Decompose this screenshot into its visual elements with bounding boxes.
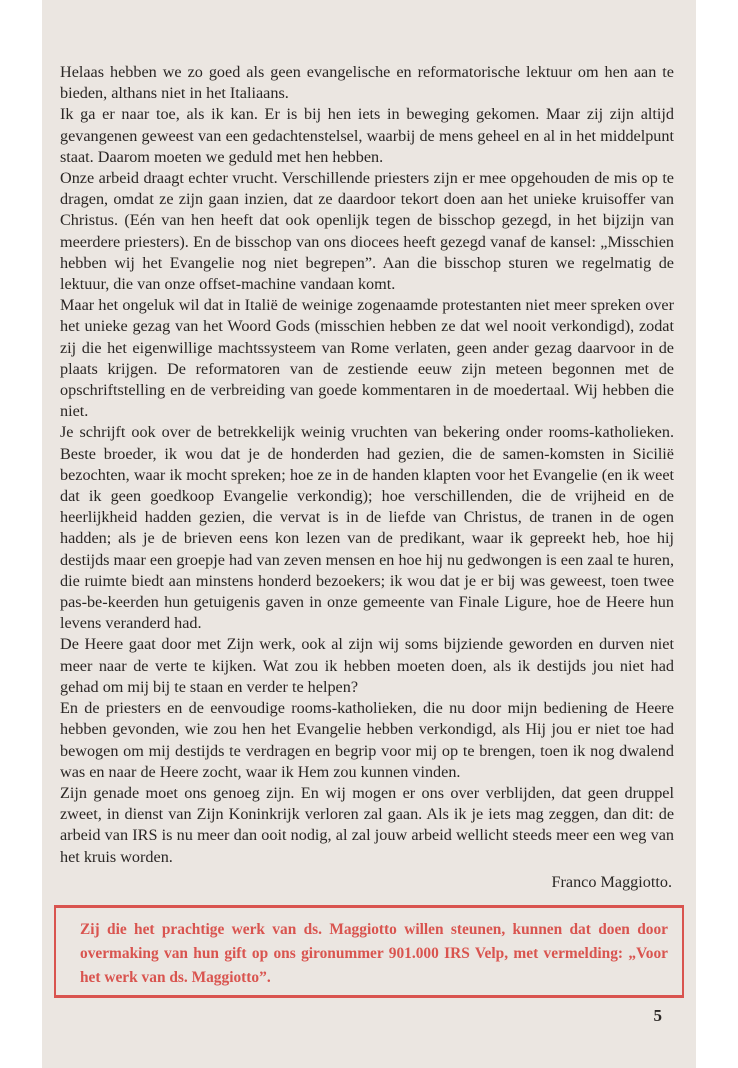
letter-body: Helaas hebben we zo goed als geen evange… [60, 62, 674, 893]
paragraph: Helaas hebben we zo goed als geen evange… [60, 62, 674, 104]
paragraph: Onze arbeid draagt echter vrucht. Versch… [60, 168, 674, 295]
paragraph: Maar het ongeluk wil dat in Italië de we… [60, 295, 674, 422]
paragraph: Zijn genade moet ons genoeg zijn. En wij… [60, 783, 674, 868]
page-number: 5 [654, 1006, 663, 1026]
signature: Franco Maggiotto. [60, 872, 672, 893]
donation-notice-box: Zij die het prachtige werk van ds. Maggi… [54, 905, 684, 998]
donation-notice-text: Zij die het prachtige werk van ds. Maggi… [80, 918, 668, 990]
paragraph: Ik ga er naar toe, als ik kan. Er is bij… [60, 104, 674, 168]
paragraph: De Heere gaat door met Zijn werk, ook al… [60, 634, 674, 698]
paragraph: Je schrijft ook over de betrekkelijk wei… [60, 422, 674, 634]
page: Helaas hebben we zo goed als geen evange… [42, 0, 696, 1068]
paragraph: En de priesters en de eenvoudige rooms-k… [60, 698, 674, 783]
